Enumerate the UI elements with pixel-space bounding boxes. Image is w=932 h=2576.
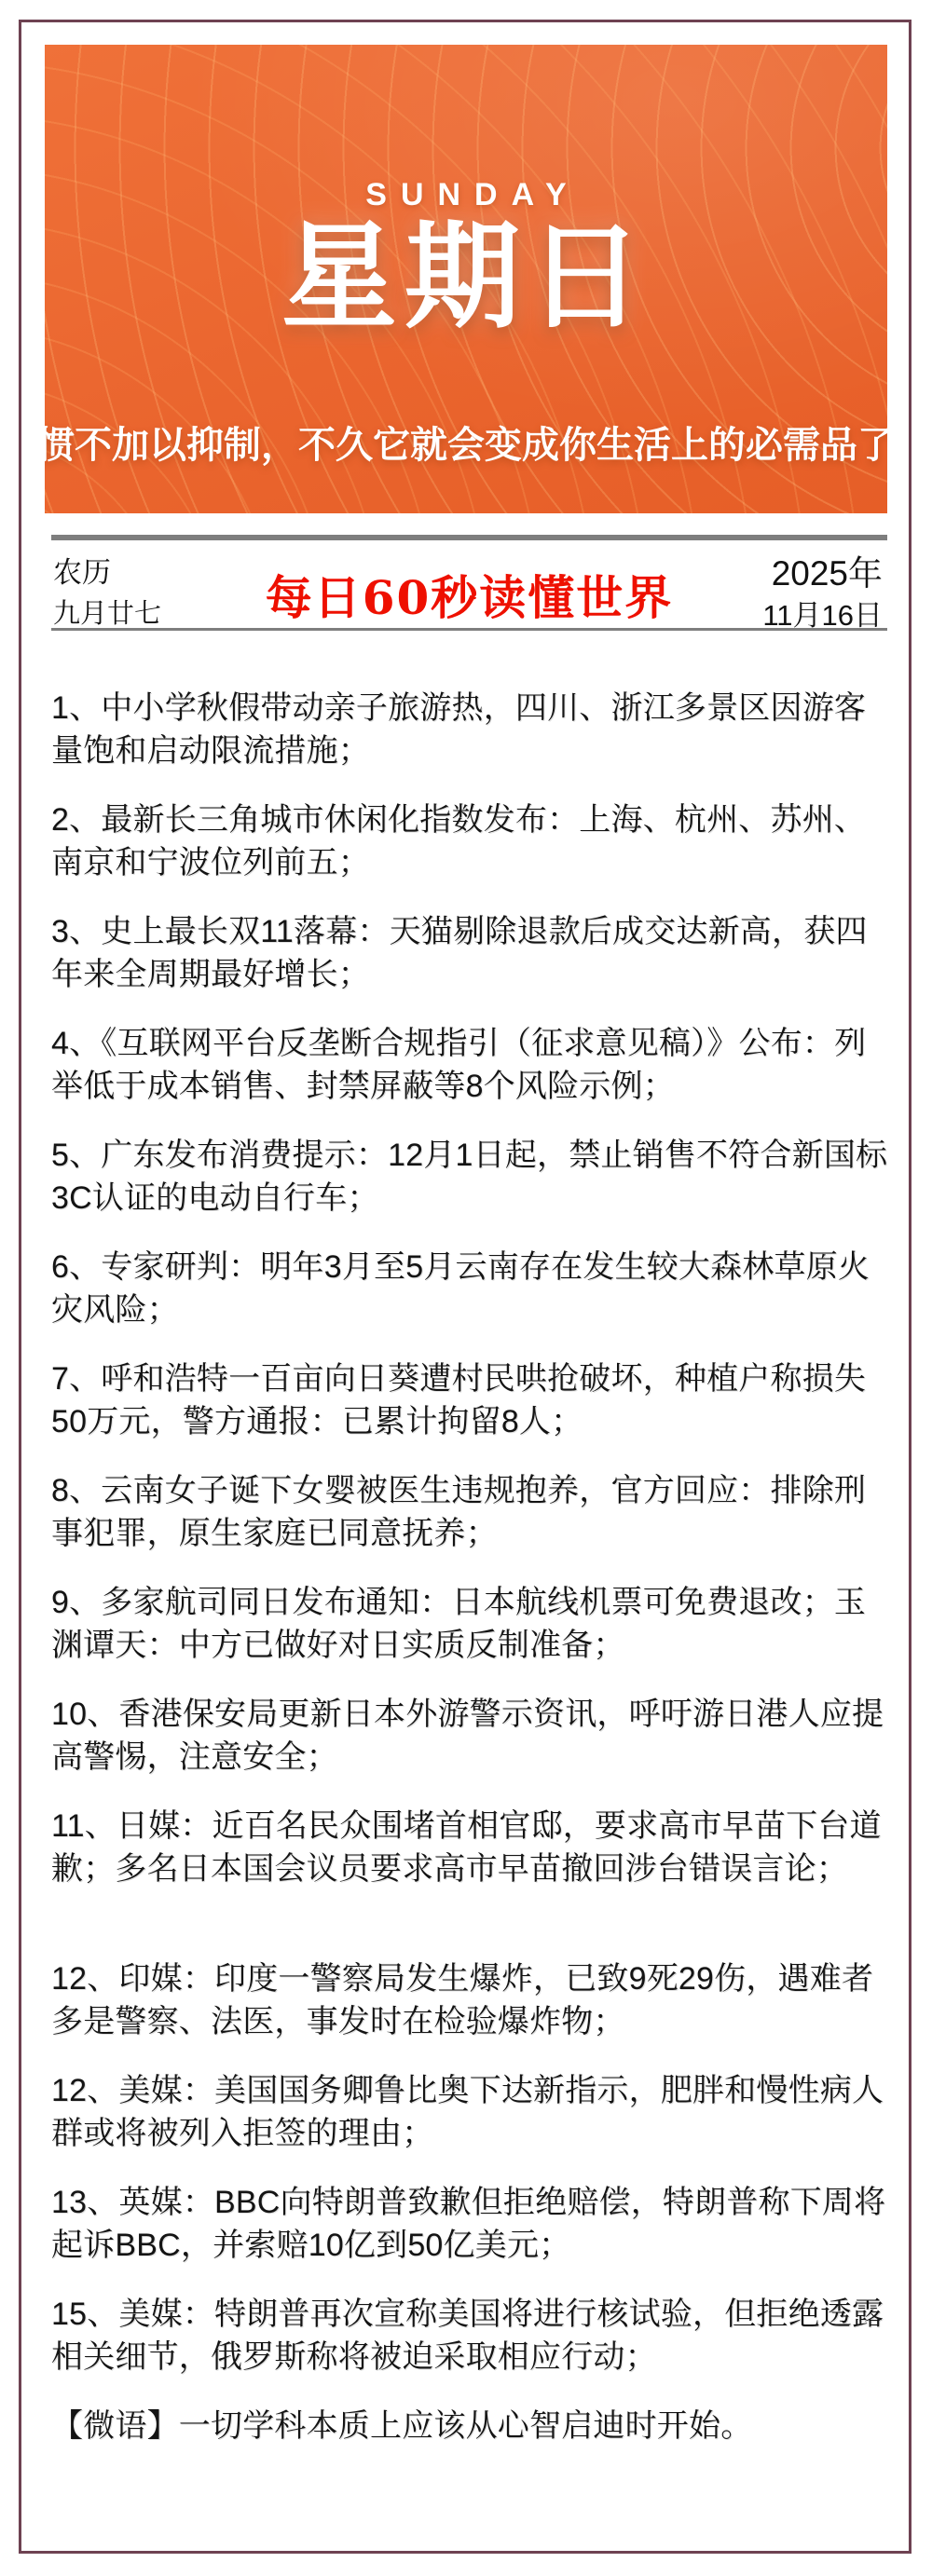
news-item-15: 15、美媒：特朗普再次宣称美国将进行核试验，但拒绝透露相关细节，俄罗斯称将被迫采… [51,2293,892,2378]
news-item-3: 3、史上最长双11落幕：天猫剔除退款后成交达新高，获四年来全周期最好增长； [51,910,892,996]
news-item-5: 5、广东发布消费提示：12月1日起，禁止销售不符合新国标3C认证的电动自行车； [51,1134,892,1220]
daily-news-card: SUNDAY 星期日 习惯不加以抑制，不久它就会变成你生活上的必需品了。 农历 … [0,0,932,2576]
news-item-2: 2、最新长三角城市休闲化指数发布：上海、杭州、苏州、南京和宁波位列前五； [51,798,892,884]
weiyu-footer-note: 【微语】一切学科本质上应该从心智启迪时开始。 [51,2405,892,2447]
date-label: 11月16日 [762,592,883,634]
year-label: 2025年 [772,545,883,595]
news-item-7: 7、呼和浩特一百亩向日葵遭村民哄抢破坏，种植户称损失50万元，警方通报：已累计拘… [51,1357,892,1443]
date-bar: 农历 九月廿七 每日60秒读懂世界 2025年 11月16日 [51,535,887,631]
news-item-10: 10、香港保安局更新日本外游警示资讯，呼吁游日港人应提高警惕，注意安全； [51,1693,892,1779]
news-item-13: 12、美媒：美国国务卿鲁比奥下达新指示，肥胖和慢性病人群或将被列入拒签的理由； [51,2069,892,2155]
banner-quote: 习惯不加以抑制，不久它就会变成你生活上的必需品了。 [45,416,887,469]
weekday-banner: SUNDAY 星期日 习惯不加以抑制，不久它就会变成你生活上的必需品了。 [45,45,887,513]
news-item-11: 11、日媒：近百名民众围堵首相官邸，要求高市早苗下台道歉；多名日本国会议员要求高… [51,1805,892,1890]
news-item-14: 13、英媒：BBC向特朗普致歉但拒绝赔偿，特朗普称下周将起诉BBC，并索赔10亿… [51,2181,892,2267]
news-list: 1、中小学秋假带动亲子旅游热，四川、浙江多景区因游客量饱和启动限流措施； 2、最… [51,687,892,2474]
news-item-4: 4、《互联网平台反垄断合规指引（征求意见稿）》公布：列举低于成本销售、封禁屏蔽等… [51,1022,892,1108]
weekday-chinese-title: 星期日 [45,209,887,348]
news-item-6: 6、专家研判：明年3月至5月云南存在发生较大森林草原火灾风险； [51,1246,892,1331]
news-item-9: 9、多家航司同日发布通知：日本航线机票可免费退改；玉渊谭天：中方已做好对日实质反… [51,1581,892,1667]
news-item-12: 12、印媒：印度一警察局发生爆炸，已致9死29伤，遇难者多是警察、法医，事发时在… [51,1957,892,2043]
news-item-8: 8、云南女子诞下女婴被医生违规抱养，官方回应：排除刑事犯罪，原生家庭已同意抚养； [51,1469,892,1555]
news-item-1: 1、中小学秋假带动亲子旅游热，四川、浙江多景区因游客量饱和启动限流措施； [51,687,892,772]
